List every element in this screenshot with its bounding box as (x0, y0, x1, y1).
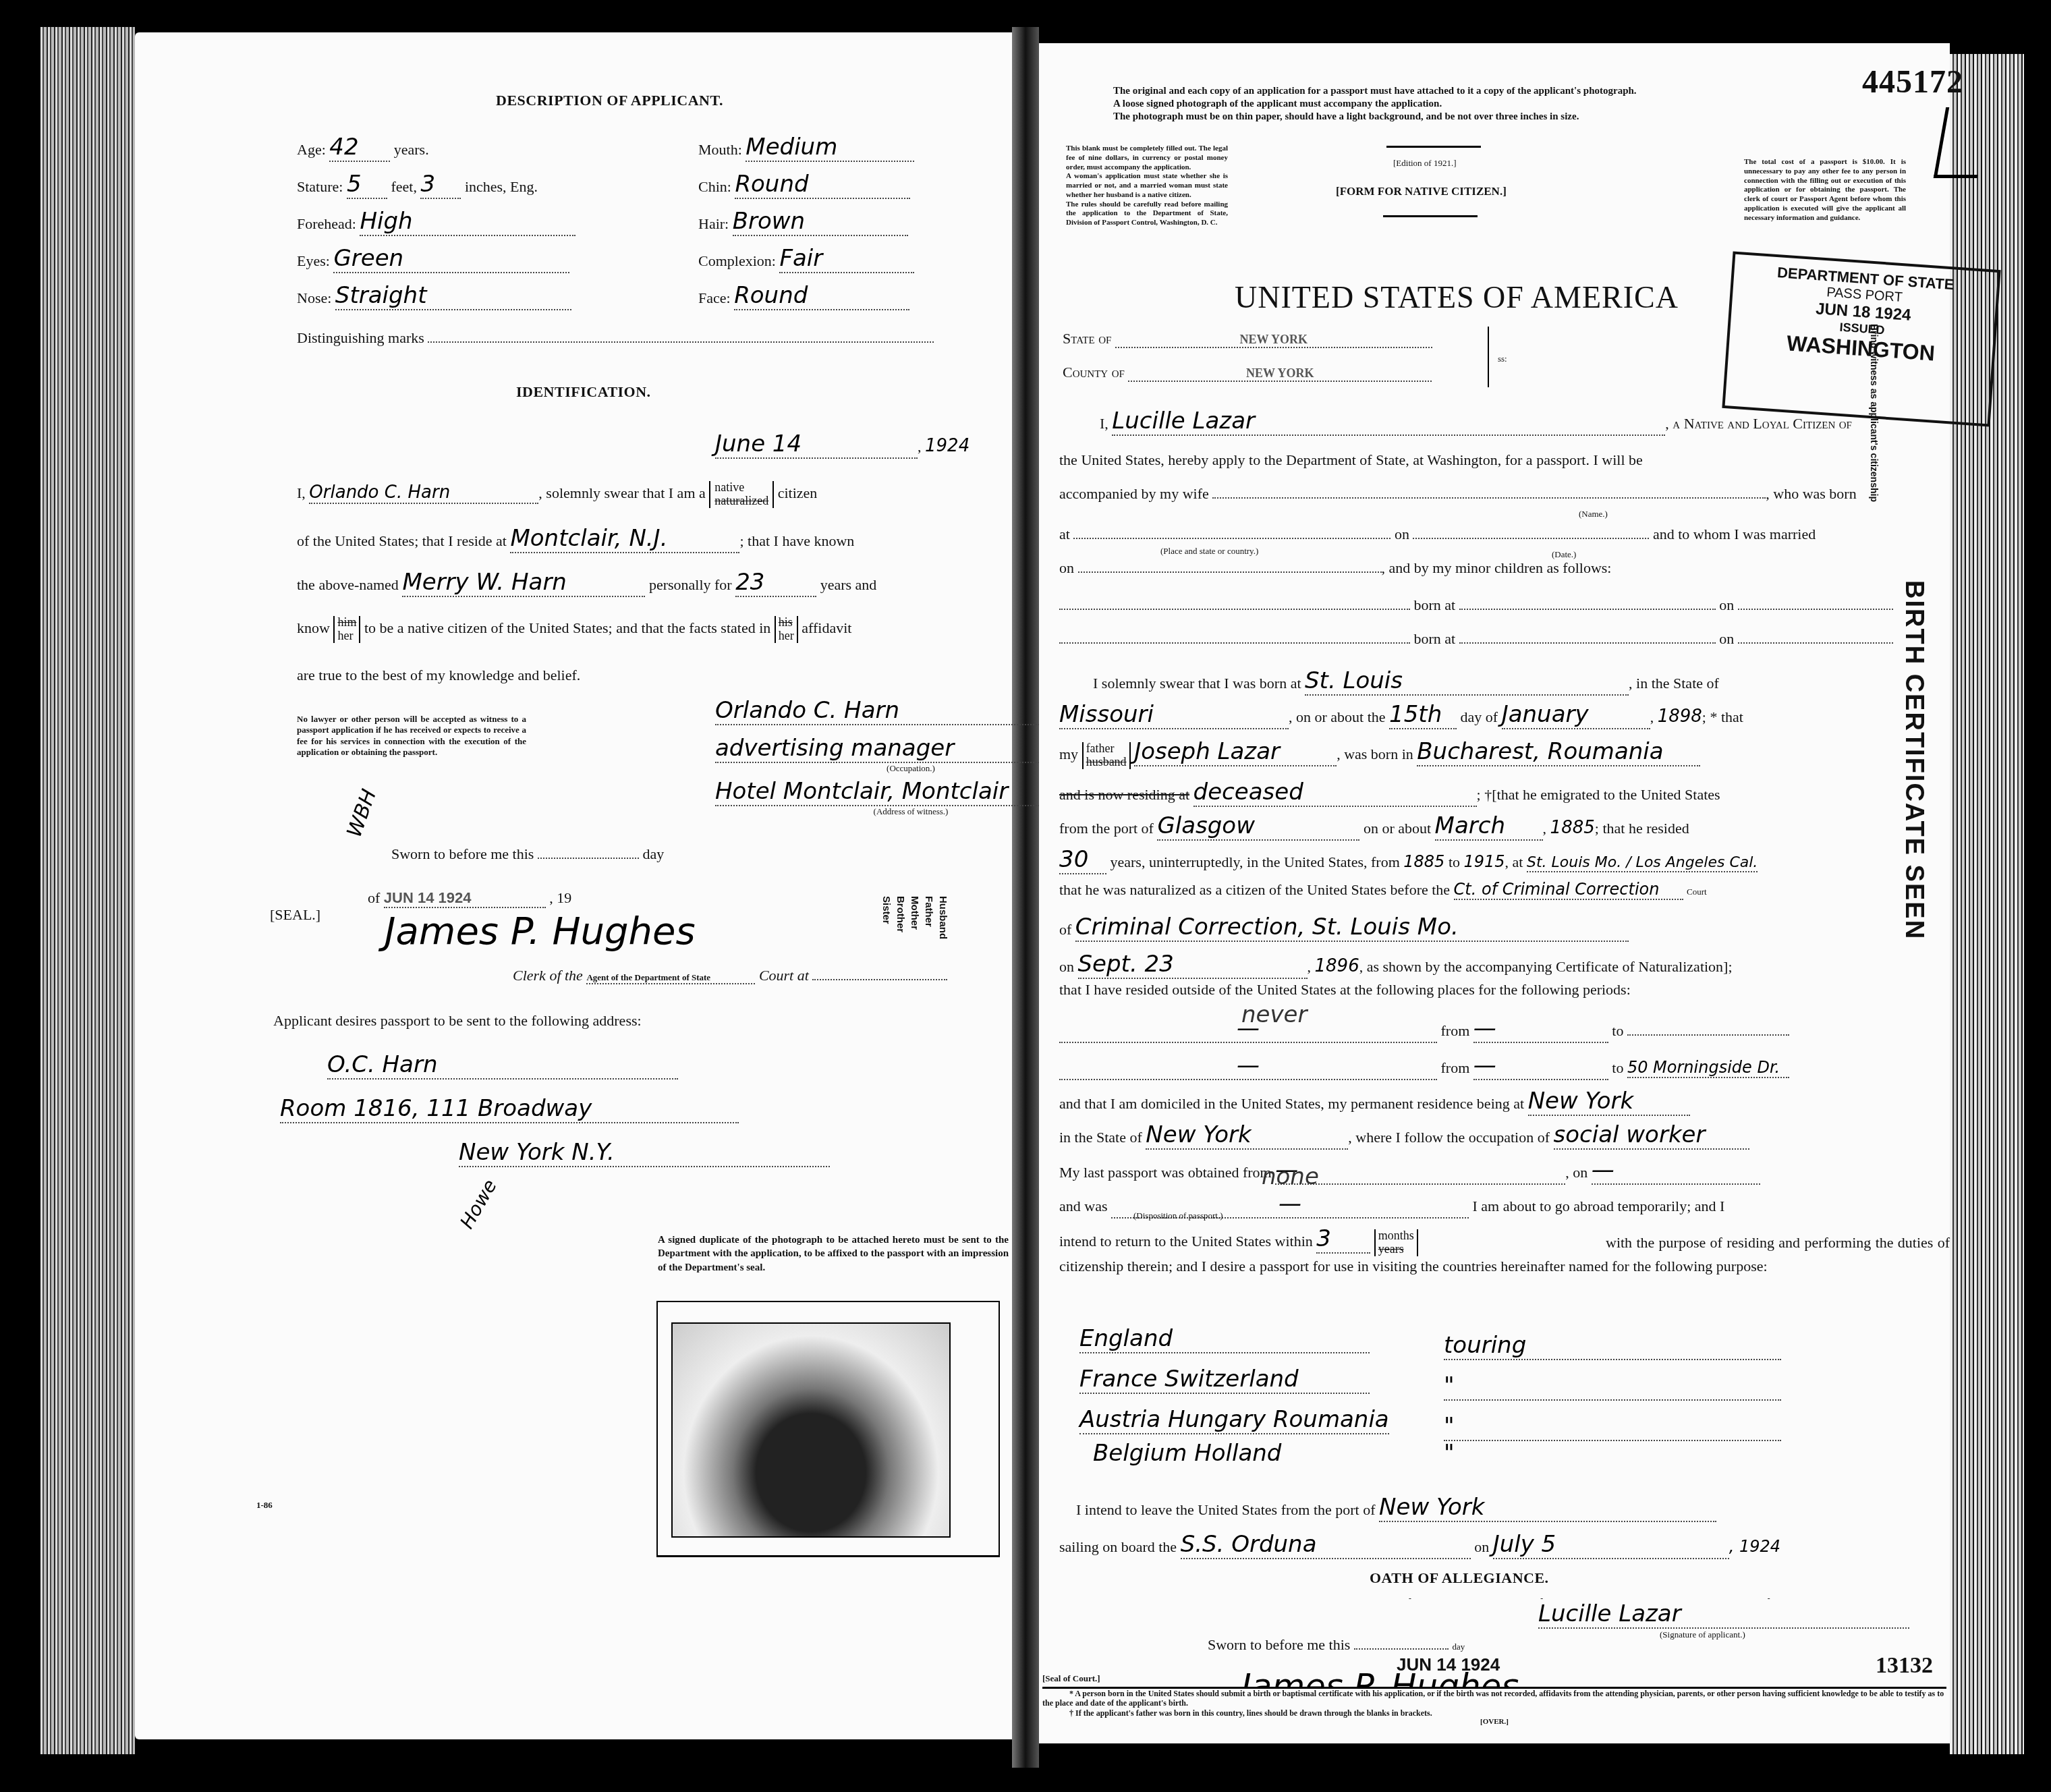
mailing-heading: Applicant desires passport to be sent to… (273, 1012, 642, 1030)
age-value: 42 (329, 134, 390, 162)
stature-inches: 3 (420, 171, 461, 199)
emigration-port: Glasgow (1157, 812, 1359, 841)
father-name: Joseph Lazar (1134, 738, 1337, 766)
left-date-stamp: JUN 14 1924 (384, 889, 546, 908)
father-line-3: from the port of Glasgow on or about Mar… (1059, 812, 1689, 841)
book-gutter (1012, 27, 1039, 1768)
emigration-year: 1885 (1550, 818, 1595, 838)
country-row: France Switzerland " (1079, 1366, 1957, 1406)
complexion-field: Complexion: Fair (698, 245, 914, 273)
county-field: County of NEW YORK (1063, 364, 1432, 382)
identification-line-3: the above-named Merry W. Harn personally… (297, 569, 876, 597)
left-page: DESCRIPTION OF APPLICANT. Age: 42 years.… (135, 32, 1012, 1739)
departure-date: July 5 (1493, 1531, 1729, 1559)
witness-name: Orlando C. Harn (309, 482, 538, 504)
emigration-month: March (1435, 812, 1543, 841)
children-line: on , and by my minor children as follows… (1059, 559, 1611, 577)
right-notice: The total cost of a passport is $10.00. … (1744, 158, 1906, 223)
domicile-state: New York (1146, 1121, 1348, 1150)
stature-feet: 5 (347, 171, 387, 199)
description-heading: DESCRIPTION OF APPLICANT. (496, 92, 723, 109)
applicant-name-left: Merry W. Harn (402, 569, 645, 597)
domicile-line-1: and that I am domiciled in the United St… (1059, 1088, 1690, 1116)
applicant-photo (671, 1322, 951, 1538)
book-page-edges-left (40, 27, 135, 1754)
permanent-residence: New York (1528, 1088, 1690, 1116)
age-field: Age: 42 years. (297, 134, 429, 162)
birth-line-2: Missouri, on or about the 15th day of Ja… (1059, 701, 1743, 729)
forehead-field: Forehead: High (297, 208, 575, 236)
naturalization-location: Criminal Correction, St. Louis Mo. (1075, 914, 1629, 942)
departure-port-line: I intend to leave the United States from… (1076, 1494, 1716, 1522)
footnotes: * A person born in the United States sho… (1042, 1687, 1946, 1743)
identification-line-5: are true to the best of my knowledge and… (297, 667, 580, 684)
father-line-1: my father husband Joseph Lazar, was born… (1059, 738, 1700, 769)
identification-line-1: I, Orlando C. Harn, solemnly swear that … (297, 481, 817, 508)
father-line-7: on Sept. 23, 1896, as shown by the accom… (1059, 951, 1733, 979)
chin-field: Chin: Round (698, 171, 910, 199)
nose-field: Nose: Straight (297, 282, 571, 310)
last-passport-line: My last passport was obtained from —, on… (1059, 1156, 1760, 1185)
birth-line-1: I solemnly swear that I was born at St. … (1093, 667, 1719, 696)
left-seal: [SEAL.] (270, 906, 320, 924)
right-page: 445172 The original and each copy of an … (1039, 43, 1950, 1743)
mouth-field: Mouth: Medium (698, 134, 914, 162)
father-line-2: and is now residing at deceased; †[that … (1059, 779, 1720, 807)
father-line-4: 30 years, uninterruptedly, in the United… (1059, 846, 1758, 874)
return-text: with the purpose of residing and perform… (1059, 1231, 1950, 1278)
father-line-5: that he was naturalized as a citizen of … (1059, 880, 1707, 900)
father-resided-at: St. Louis Mo. / Los Angeles Cal. (1527, 854, 1758, 872)
right-sworn-line: Sworn to before me this day (1208, 1636, 1465, 1654)
residence-abroad-row-2: — from — to 50 Morningside Dr. (1059, 1052, 1789, 1080)
applicant-name: Lucille Lazar (1112, 408, 1665, 436)
photo-instructions: The original and each copy of an applica… (1113, 85, 1637, 123)
father-residence: deceased (1193, 779, 1477, 807)
document-title: UNITED STATES OF AMERICA (1235, 279, 1679, 315)
mailing-line-1: O.C. Harn (327, 1051, 678, 1080)
identification-date: June 14, 1924 (715, 430, 970, 459)
hair-field: Hair: Brown (698, 208, 908, 236)
court-seal-label: [Seal of Court.] (1042, 1673, 1100, 1684)
photo-frame (656, 1301, 1000, 1557)
wife-line: accompanied by my wife , who was born (1059, 485, 1857, 503)
passport-issued-stamp: DEPARTMENT OF STATE PASS PORT JUN 18 192… (1722, 251, 2000, 426)
birth-state: Missouri (1059, 701, 1289, 729)
birth-year: 1898 (1658, 706, 1702, 727)
applicant-line: I, Lucille Lazar, a Native and Loyal Cit… (1100, 408, 1852, 436)
identification-heading: IDENTIFICATION. (516, 383, 651, 401)
ship-name: S.S. Orduna (1181, 1531, 1471, 1559)
left-notice: This blank must be completely filled out… (1066, 144, 1228, 228)
mailing-line-2: Room 1816, 111 Broadway (280, 1095, 739, 1123)
residence-abroad-row-1: — from — to (1059, 1015, 1789, 1043)
last-passport-note: none (1262, 1163, 1319, 1190)
lawyer-notice: No lawyer or other person will be accept… (297, 714, 526, 758)
secondary-number: 13132 (1876, 1653, 1933, 1679)
birth-month: January (1502, 701, 1650, 729)
edition-label: [Edition of 1921.] (1393, 158, 1457, 169)
margin-initials: WBH (343, 786, 382, 840)
left-sworn-line: Sworn to before me this day (391, 845, 664, 863)
oath-heading: OATH OF ALLEGIANCE. (1370, 1569, 1549, 1587)
departure-port: New York (1379, 1494, 1716, 1522)
left-form-code: 1-86 (256, 1500, 273, 1511)
over-label: [OVER.] (1042, 1718, 1946, 1727)
witness-residence: Montclair, N.J. (510, 525, 739, 553)
applicant-occupation: social worker (1554, 1121, 1749, 1150)
application-number: 445172 (1862, 63, 1963, 101)
residence-abroad-note: never (1241, 1001, 1307, 1028)
face-field: Face: Round (698, 282, 909, 310)
side-note: Bring witness as applicant's citizenship (1869, 324, 1880, 502)
mailing-initials: Howe (455, 1175, 501, 1232)
domicile-line-2: in the State of New York, where I follow… (1059, 1121, 1749, 1150)
father-birthplace: Bucharest, Roumania (1417, 738, 1700, 766)
years-known: 23 (735, 569, 816, 597)
relation-list: Husband Father Mother Brother Sister (880, 896, 949, 939)
identification-line-4: know him her to be a native citizen of t… (297, 616, 851, 643)
stature-field: Stature: 5 feet, 3 inches, Eng. (297, 171, 538, 199)
left-clerk-line: Clerk of the Agent of the Department of … (513, 967, 947, 984)
naturalization-year: 1896 (1315, 956, 1359, 976)
naturalization-date: Sept. 23 (1078, 951, 1308, 979)
left-clerk-signature: James P. Hughes (385, 909, 696, 953)
state-field: State of NEW YORK (1063, 330, 1432, 348)
form-type: [FORM FOR NATIVE CITIZEN.] (1336, 185, 1507, 198)
mailing-line-3: New York N.Y. (459, 1139, 830, 1167)
years-resided: 30 (1059, 846, 1106, 874)
birth-day: 15th (1389, 701, 1457, 729)
apply-text: the United States, hereby apply to the D… (1059, 451, 1643, 469)
father-line-6: of Criminal Correction, St. Louis Mo. (1059, 914, 1629, 942)
residence-abroad-intro: that I have resided outside of the Unite… (1059, 981, 1631, 999)
identification-line-2: of the United States; that I reside at M… (297, 525, 854, 553)
naturalization-court: Ct. of Criminal Correction (1454, 880, 1683, 900)
child-row-2: born at on (1059, 630, 1893, 648)
country-row: Belgium Holland " (1079, 1447, 1957, 1474)
country-row: England touring (1079, 1325, 1957, 1366)
child-row-1: born at on (1059, 596, 1893, 614)
wife-birth-line: at on and to whom I was married (1059, 526, 1816, 543)
distinguishing-marks-field: Distinguishing marks (297, 329, 934, 347)
birth-city: St. Louis (1305, 667, 1629, 696)
left-of-line: of JUN 14 1924 , 19 (368, 889, 571, 908)
photo-notice: A signed duplicate of the photograph to … (658, 1233, 1009, 1275)
departure-ship-line: sailing on board the S.S. Orduna on July… (1059, 1531, 1780, 1559)
applicant-signature: Lucille Lazar (1538, 1600, 1909, 1629)
birth-certificate-seen-stamp: BIRTH CERTIFICATE SEEN (1899, 580, 1928, 940)
eyes-field: Eyes: Green (297, 245, 569, 273)
countries-list: England touring France Switzerland " Aus… (1079, 1325, 1957, 1474)
